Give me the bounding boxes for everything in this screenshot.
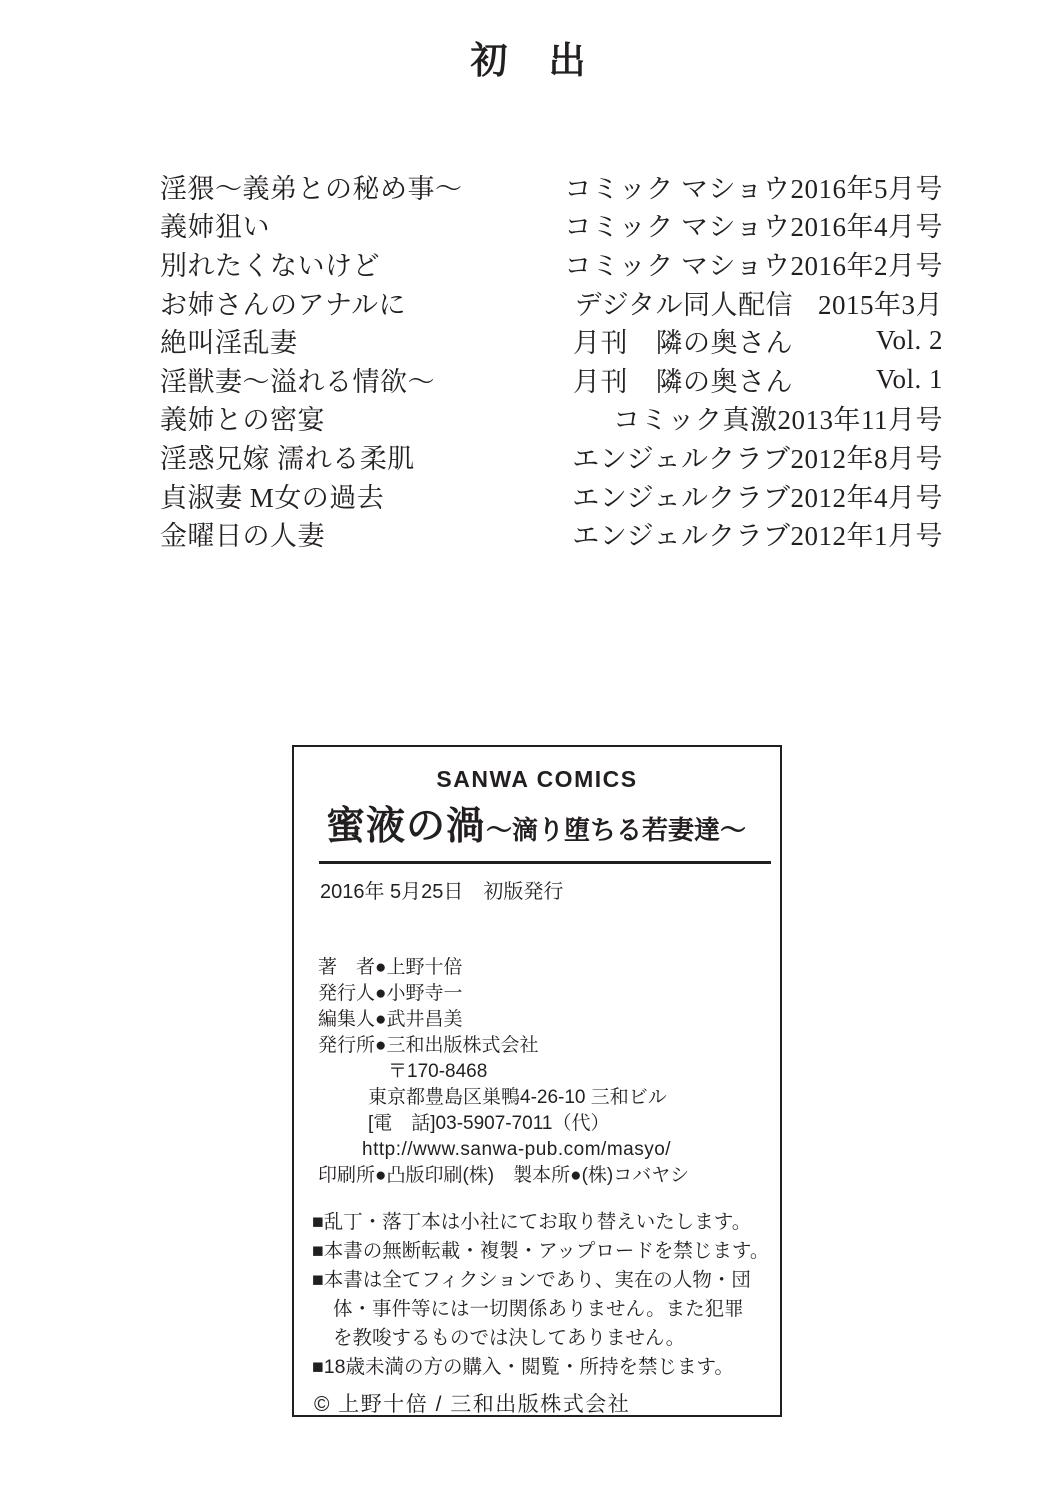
credit-label: 発行所● <box>318 1035 386 1056</box>
publication-row: 淫獣妻～溢れる情欲～ 月刊 隣の奥さん Vol. 1 <box>160 360 943 399</box>
publisher-address: 東京都豊島区巣鴨4-26-10 三和ビル <box>368 1085 780 1111</box>
issue-date: 2015年3月 <box>793 283 943 322</box>
issue-date: 2013年11月号 <box>778 398 944 437</box>
issue-date: 2016年4月号 <box>791 205 944 244</box>
work-title: 金曜日の人妻 <box>160 514 572 553</box>
notice-line: ■18歳未満の方の購入・閲覧・所持を禁じます。 <box>312 1353 780 1382</box>
publication-row: 絶叫淫乱妻 月刊 隣の奥さん Vol. 2 <box>160 321 943 360</box>
publisher-person-line: 発行人●小野寺一 <box>318 981 780 1007</box>
work-title: 淫獣妻～溢れる情欲～ <box>160 360 573 399</box>
copyright-line: © 上野十倍 / 三和出版株式会社 <box>314 1392 780 1418</box>
magazine-name: コミック マショウ <box>564 205 790 244</box>
postal-code: 〒170-8468 <box>388 1059 780 1085</box>
magazine-name: デジタル同人配信 <box>575 283 793 322</box>
issue-date: Vol. 1 <box>793 364 943 395</box>
credit-label: 編集人● <box>318 1009 386 1030</box>
legal-notices: ■乱丁・落丁本は小社にてお取り替えいたします。 ■本書の無断転載・複製・アップロ… <box>312 1208 780 1382</box>
work-title: お姉さんのアナルに <box>160 283 575 322</box>
work-title: 絶叫淫乱妻 <box>160 321 573 360</box>
magazine-name: コミック真激 <box>573 398 778 437</box>
credit-label: 発行人● <box>318 983 386 1004</box>
credit-value: 上野十倍 <box>386 957 462 978</box>
magazine-name: エンジェルクラブ <box>572 437 790 476</box>
phone-number: [電 話]03-5907-7011（代） <box>368 1111 780 1137</box>
publication-row: 義姉との密宴 コミック真激 2013年11月号 <box>160 399 943 438</box>
issue-date: 2012年1月号 <box>791 514 944 553</box>
publisher-brand: SANWA COMICS <box>294 767 780 791</box>
publication-row: 金曜日の人妻 エンジェルクラブ 2012年1月号 <box>160 514 943 553</box>
notice-line: 体・事件等には一切関係ありません。また犯罪 <box>333 1295 780 1324</box>
publication-row: 淫猥～義弟との秘め事～ コミック マショウ 2016年5月号 <box>160 167 943 206</box>
magazine-name: 月刊 隣の奥さん <box>573 360 793 399</box>
credits-block: 著 者●上野十倍 発行人●小野寺一 編集人●武井昌美 発行所●三和出版株式会社 … <box>318 955 780 1189</box>
publication-row: 別れたくないけど コミック マショウ 2016年2月号 <box>160 244 943 283</box>
publication-row: 淫惑兄嫁 濡れる柔肌 エンジェルクラブ 2012年8月号 <box>160 437 943 476</box>
publication-row: 義姉狙い コミック マショウ 2016年4月号 <box>160 206 943 245</box>
notice-line: を教唆するものでは決してありません。 <box>333 1324 780 1353</box>
author-line: 著 者●上野十倍 <box>318 955 780 981</box>
work-title: 淫猥～義弟との秘め事～ <box>160 167 564 206</box>
book-subtitle: ～滴り堕ちる若妻達～ <box>486 816 746 845</box>
issue-date: Vol. 2 <box>793 325 943 356</box>
book-title: 蜜液の渦 <box>326 805 486 848</box>
publishing-house-line: 発行所●三和出版株式会社 <box>318 1033 780 1059</box>
magazine-name: コミック マショウ <box>564 167 790 206</box>
notice-line: ■乱丁・落丁本は小社にてお取り替えいたします。 <box>312 1208 780 1237</box>
notice-line: ■本書は全てフィクションであり、実在の人物・団 <box>312 1266 780 1295</box>
colophon-box: SANWA COMICS 蜜液の渦～滴り堕ちる若妻達～ 2016年 5月25日 … <box>292 745 782 1417</box>
colophon-page: 初 出 淫猥～義弟との秘め事～ コミック マショウ 2016年5月号 義姉狙い … <box>0 0 1058 1500</box>
credit-label: 著 者● <box>318 957 386 978</box>
credit-value: 武井昌美 <box>386 1009 462 1030</box>
edition-date: 2016年 5月25日 初版発行 <box>320 879 780 905</box>
work-title: 別れたくないけど <box>160 244 564 283</box>
publisher-url: http://www.sanwa-pub.com/masyo/ <box>362 1137 780 1163</box>
credit-value: 小野寺一 <box>386 983 462 1004</box>
work-title: 義姉との密宴 <box>160 398 573 437</box>
credit-value: 三和出版株式会社 <box>386 1035 538 1056</box>
publication-row: 貞淑妻 M女の過去 エンジェルクラブ 2012年4月号 <box>160 476 943 515</box>
work-title: 淫惑兄嫁 濡れる柔肌 <box>160 437 572 476</box>
notice-line: ■本書の無断転載・複製・アップロードを禁じます。 <box>312 1237 780 1266</box>
book-title-row: 蜜液の渦～滴り堕ちる若妻達～ <box>319 805 771 864</box>
publication-row: お姉さんのアナルに デジタル同人配信 2015年3月 <box>160 283 943 322</box>
issue-date: 2012年8月号 <box>791 437 944 476</box>
magazine-name: エンジェルクラブ <box>572 514 790 553</box>
magazine-name: 月刊 隣の奥さん <box>573 321 793 360</box>
issue-date: 2016年5月号 <box>791 167 944 206</box>
page-title: 初 出 <box>0 30 1058 84</box>
work-title: 義姉狙い <box>160 205 564 244</box>
printer-line: 印刷所●凸版印刷(株) 製本所●(株)コバヤシ <box>318 1163 780 1189</box>
magazine-name: エンジェルクラブ <box>572 476 790 515</box>
magazine-name: コミック マショウ <box>564 244 790 283</box>
issue-date: 2016年2月号 <box>791 244 944 283</box>
first-publication-list: 淫猥～義弟との秘め事～ コミック マショウ 2016年5月号 義姉狙い コミック… <box>160 167 943 553</box>
work-title: 貞淑妻 M女の過去 <box>160 476 572 515</box>
editor-line: 編集人●武井昌美 <box>318 1007 780 1033</box>
issue-date: 2012年4月号 <box>791 476 944 515</box>
